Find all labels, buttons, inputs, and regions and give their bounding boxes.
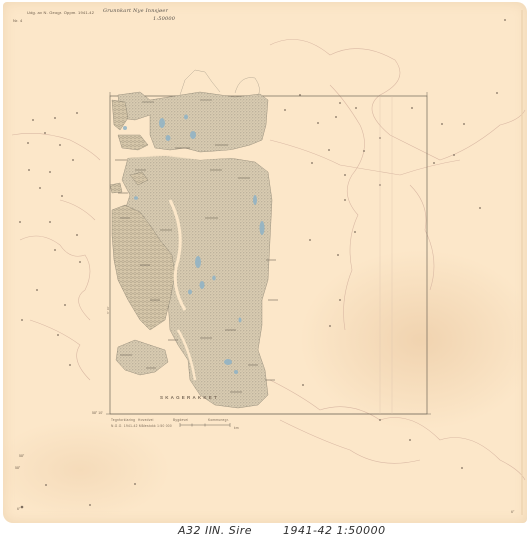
- legend-item-road: Hovedvei: [138, 418, 154, 422]
- map-viewport: Udg. av N. Geogr. Oppm. 1941-42 Grunnkar…: [0, 0, 532, 541]
- corner-mark: Nr. 4: [13, 18, 22, 23]
- map-sheet: Udg. av N. Geogr. Oppm. 1941-42 Grunnkar…: [3, 2, 527, 523]
- margin-note-left: 6°: [17, 507, 20, 511]
- scale-bar-unit: km: [234, 426, 239, 430]
- printed-header: Udg. av N. Geogr. Oppm. 1941-42: [27, 10, 94, 15]
- handwritten-subnote: 1:50000: [153, 16, 175, 22]
- lower-left-coordinate: 58° 10′: [92, 411, 103, 415]
- sheet-name-label: N. Sire: [212, 524, 252, 537]
- handwritten-note: Grunnkart Nye Innsjøer: [103, 8, 168, 14]
- scale-bar: [180, 423, 230, 427]
- left-frame-label: 6° 10′: [106, 306, 110, 314]
- legend-title: Tegnforklaring: [111, 418, 135, 422]
- legend-source-line: N.G.O. 1941-42 Målestokk 1:50 000: [111, 424, 172, 428]
- margin-note-right: 6°: [511, 510, 514, 514]
- sea-name-label: SKAGERAKKET: [160, 395, 219, 400]
- paper-stain: [300, 250, 527, 430]
- sheet-id-label: A32 II: [178, 524, 213, 537]
- margin-note-left: 58°: [19, 454, 24, 458]
- north-headland: [235, 78, 259, 96]
- year-scale-label: 1941-42 1:50000: [283, 524, 386, 537]
- north-headland: [180, 70, 220, 95]
- paper-stain: [3, 420, 170, 520]
- legend-item-boundary: Kommunegr.: [208, 418, 229, 422]
- map-graphic: [3, 2, 527, 523]
- legend-item-village-road: Bygdevei: [173, 418, 189, 422]
- margin-note-left: 58°: [15, 466, 20, 470]
